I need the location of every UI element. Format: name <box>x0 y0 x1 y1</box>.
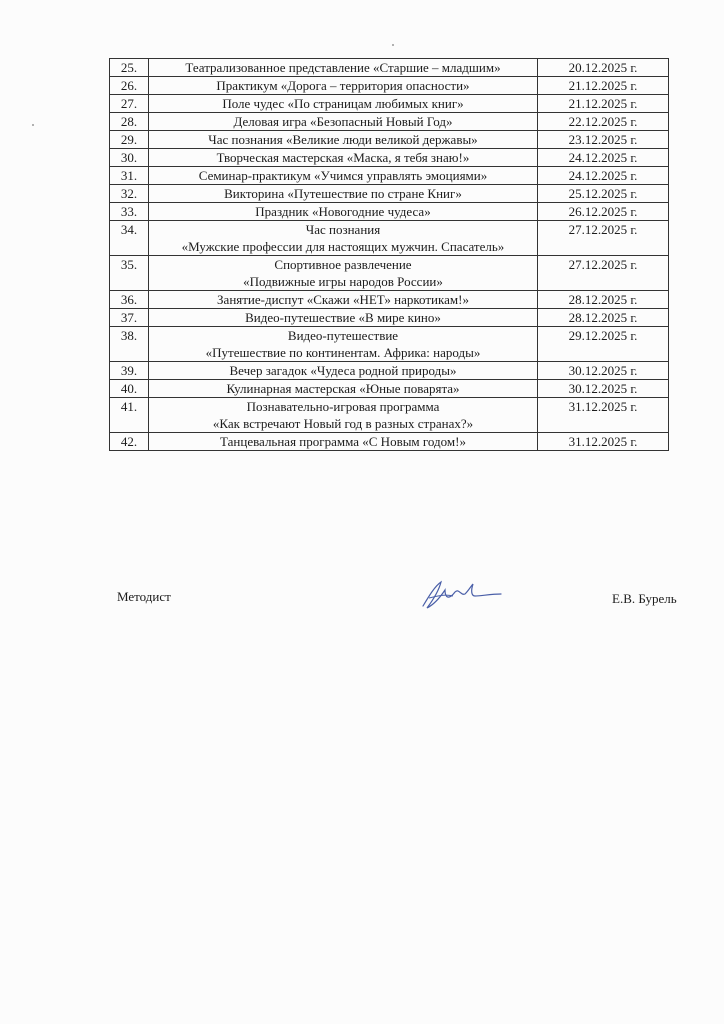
event-date: 28.12.2025 г. <box>538 291 669 309</box>
event-title: Видео-путешествие «В мире кино» <box>149 309 538 327</box>
table-row: 33.Праздник «Новогодние чудеса»26.12.202… <box>110 203 669 221</box>
table-row: 37.Видео-путешествие «В мире кино»28.12.… <box>110 309 669 327</box>
row-number: 25. <box>110 59 149 77</box>
event-title-line: Час познания <box>153 221 533 238</box>
event-title: Вечер загадок «Чудеса родной природы» <box>149 362 538 380</box>
table-row: 26.Практикум «Дорога – территория опасно… <box>110 77 669 95</box>
event-title: Деловая игра «Безопасный Новый Год» <box>149 113 538 131</box>
row-number: 35. <box>110 256 149 291</box>
event-date: 28.12.2025 г. <box>538 309 669 327</box>
event-title: Театрализованное представление «Старшие … <box>149 59 538 77</box>
event-date: 30.12.2025 г. <box>538 362 669 380</box>
table-row: 32.Викторина «Путешествие по стране Книг… <box>110 185 669 203</box>
event-title: Семинар-практикум «Учимся управлять эмоц… <box>149 167 538 185</box>
event-title: Познавательно-игровая программа«Как встр… <box>149 398 538 433</box>
row-number: 34. <box>110 221 149 256</box>
row-number: 38. <box>110 327 149 362</box>
row-number: 33. <box>110 203 149 221</box>
event-title-line: Видео-путешествие <box>153 327 533 344</box>
table-row: 38.Видео-путешествие«Путешествие по конт… <box>110 327 669 362</box>
table-row: 30.Творческая мастерская «Маска, я тебя … <box>110 149 669 167</box>
event-title: Кулинарная мастерская «Юные поварята» <box>149 380 538 398</box>
event-schedule-table: 25.Театрализованное представление «Старш… <box>109 58 669 451</box>
event-title-line: Практикум «Дорога – территория опасности… <box>153 77 533 94</box>
row-number: 30. <box>110 149 149 167</box>
scan-speck <box>32 124 34 126</box>
row-number: 27. <box>110 95 149 113</box>
event-date: 21.12.2025 г. <box>538 95 669 113</box>
event-date: 27.12.2025 г. <box>538 256 669 291</box>
event-title-line: Поле чудес «По страницам любимых книг» <box>153 95 533 112</box>
event-date: 21.12.2025 г. <box>538 77 669 95</box>
table-row: 28.Деловая игра «Безопасный Новый Год»22… <box>110 113 669 131</box>
event-title-line: Праздник «Новогодние чудеса» <box>153 203 533 220</box>
event-title: Час познания«Мужские профессии для насто… <box>149 221 538 256</box>
document-page: 25.Театрализованное представление «Старш… <box>0 0 724 1024</box>
event-title-line: Познавательно-игровая программа <box>153 398 533 415</box>
scan-speck <box>392 44 394 46</box>
event-title-line: Вечер загадок «Чудеса родной природы» <box>153 362 533 379</box>
event-title-line: «Путешествие по континентам. Африка: нар… <box>153 344 533 361</box>
event-title: Видео-путешествие«Путешествие по контине… <box>149 327 538 362</box>
row-number: 37. <box>110 309 149 327</box>
event-title: Час познания «Великие люди великой держа… <box>149 131 538 149</box>
table-row: 27.Поле чудес «По страницам любимых книг… <box>110 95 669 113</box>
row-number: 29. <box>110 131 149 149</box>
event-date: 20.12.2025 г. <box>538 59 669 77</box>
table-row: 42.Танцевальная программа «С Новым годом… <box>110 433 669 451</box>
event-title: Практикум «Дорога – территория опасности… <box>149 77 538 95</box>
table-row: 39.Вечер загадок «Чудеса родной природы»… <box>110 362 669 380</box>
row-number: 36. <box>110 291 149 309</box>
event-date: 22.12.2025 г. <box>538 113 669 131</box>
row-number: 31. <box>110 167 149 185</box>
event-title-line: «Как встречают Новый год в разных страна… <box>153 415 533 432</box>
row-number: 42. <box>110 433 149 451</box>
event-date: 26.12.2025 г. <box>538 203 669 221</box>
event-title: Викторина «Путешествие по стране Книг» <box>149 185 538 203</box>
event-title-line: Час познания «Великие люди великой держа… <box>153 131 533 148</box>
event-date: 24.12.2025 г. <box>538 167 669 185</box>
event-date: 27.12.2025 г. <box>538 221 669 256</box>
event-date: 29.12.2025 г. <box>538 327 669 362</box>
event-title: Танцевальная программа «С Новым годом!» <box>149 433 538 451</box>
table-row: 34.Час познания«Мужские профессии для на… <box>110 221 669 256</box>
signer-name: Е.В. Бурель <box>612 591 677 607</box>
table-row: 35.Спортивное развлечение«Подвижные игры… <box>110 256 669 291</box>
event-title-line: «Мужские профессии для настоящих мужчин.… <box>153 238 533 255</box>
event-title-line: Занятие-диспут «Скажи «НЕТ» наркотикам!» <box>153 291 533 308</box>
event-date: 31.12.2025 г. <box>538 398 669 433</box>
event-title: Поле чудес «По страницам любимых книг» <box>149 95 538 113</box>
table-row: 36.Занятие-диспут «Скажи «НЕТ» наркотика… <box>110 291 669 309</box>
event-title-line: Кулинарная мастерская «Юные поварята» <box>153 380 533 397</box>
table-row: 41.Познавательно-игровая программа«Как в… <box>110 398 669 433</box>
signer-role: Методист <box>117 589 171 605</box>
row-number: 41. <box>110 398 149 433</box>
table-row: 31.Семинар-практикум «Учимся управлять э… <box>110 167 669 185</box>
event-title-line: Театрализованное представление «Старшие … <box>153 59 533 76</box>
event-title-line: Видео-путешествие «В мире кино» <box>153 309 533 326</box>
event-title: Праздник «Новогодние чудеса» <box>149 203 538 221</box>
event-date: 30.12.2025 г. <box>538 380 669 398</box>
event-title: Занятие-диспут «Скажи «НЕТ» наркотикам!» <box>149 291 538 309</box>
event-date: 25.12.2025 г. <box>538 185 669 203</box>
event-date: 31.12.2025 г. <box>538 433 669 451</box>
event-date: 23.12.2025 г. <box>538 131 669 149</box>
table-row: 40.Кулинарная мастерская «Юные поварята»… <box>110 380 669 398</box>
row-number: 28. <box>110 113 149 131</box>
event-date: 24.12.2025 г. <box>538 149 669 167</box>
event-title-line: Викторина «Путешествие по стране Книг» <box>153 185 533 202</box>
event-title: Творческая мастерская «Маска, я тебя зна… <box>149 149 538 167</box>
row-number: 26. <box>110 77 149 95</box>
event-title: Спортивное развлечение«Подвижные игры на… <box>149 256 538 291</box>
event-title-line: Семинар-практикум «Учимся управлять эмоц… <box>153 167 533 184</box>
table-row: 29.Час познания «Великие люди великой де… <box>110 131 669 149</box>
row-number: 32. <box>110 185 149 203</box>
row-number: 40. <box>110 380 149 398</box>
row-number: 39. <box>110 362 149 380</box>
table-row: 25.Театрализованное представление «Старш… <box>110 59 669 77</box>
event-title-line: Творческая мастерская «Маска, я тебя зна… <box>153 149 533 166</box>
signature-icon <box>415 578 505 612</box>
event-title-line: Танцевальная программа «С Новым годом!» <box>153 433 533 450</box>
event-title-line: «Подвижные игры народов России» <box>153 273 533 290</box>
event-title-line: Спортивное развлечение <box>153 256 533 273</box>
event-title-line: Деловая игра «Безопасный Новый Год» <box>153 113 533 130</box>
